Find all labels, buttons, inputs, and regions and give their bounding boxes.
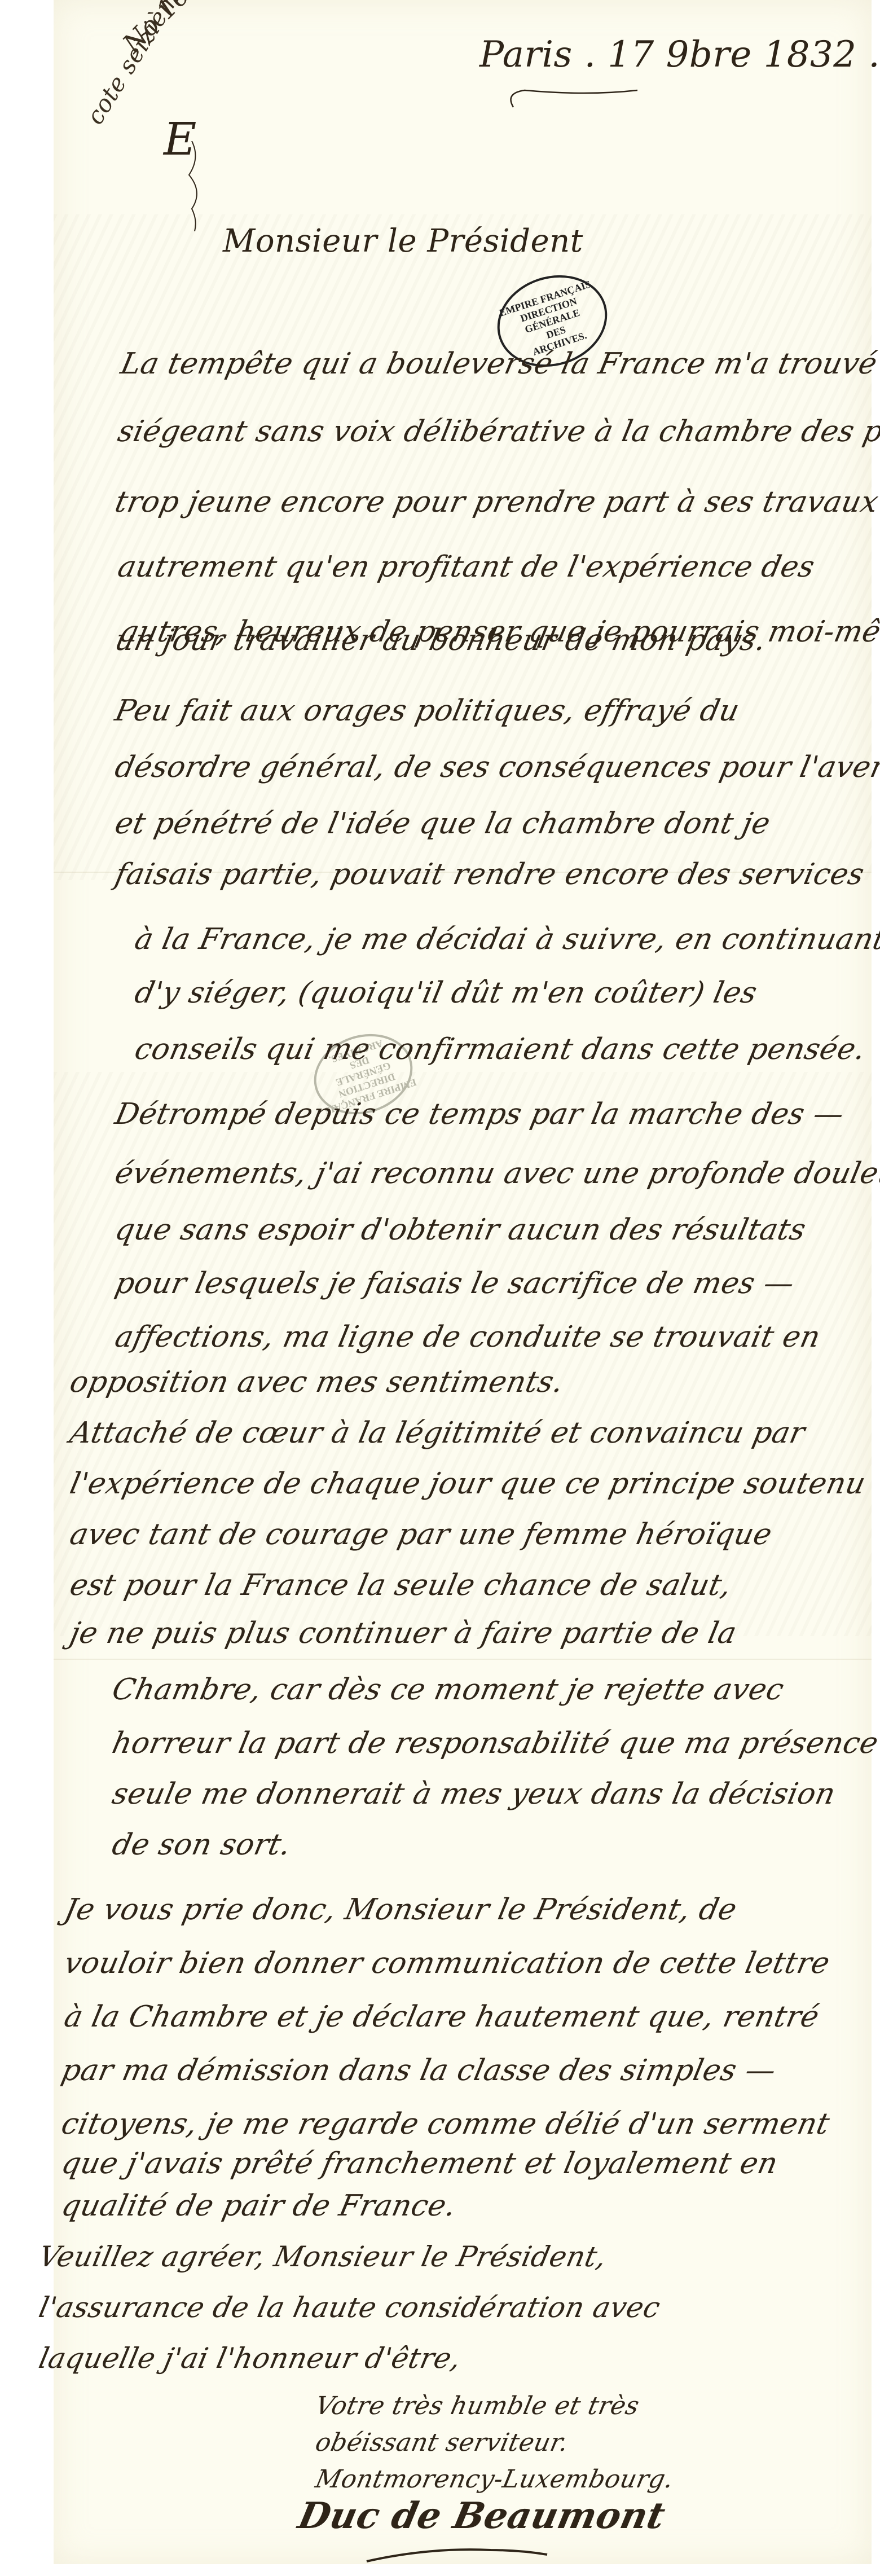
body-line: Détrompé depuis ce temps par la marche d… bbox=[112, 1097, 847, 1131]
body-line: pour lesquels je faisais le sacrifice de… bbox=[112, 1267, 798, 1300]
signature: Duc de Beaumont bbox=[296, 2499, 668, 2533]
signature-block-line: obéissant serviteur. bbox=[313, 2426, 572, 2460]
dateline: Paris . 17 9bre 1832 . bbox=[479, 34, 880, 76]
body-line: seule me donnerait à mes yeux dans la dé… bbox=[109, 1777, 839, 1811]
body-line: un jour travailler au bonheur de mon pay… bbox=[112, 623, 769, 657]
body-line: par ma démission dans la classe des simp… bbox=[59, 2054, 780, 2087]
body-line: que sans espoir d'obtenir aucun des résu… bbox=[112, 1213, 809, 1247]
body-line: trop jeune encore pour prendre part à se… bbox=[112, 485, 880, 519]
body-line: citoyens, je me regarde comme délié d'un… bbox=[59, 2107, 833, 2141]
body-line: que j'avais prêté franchement et loyalem… bbox=[59, 2147, 781, 2181]
body-line: je ne puis plus continuer à faire partie… bbox=[67, 1616, 740, 1650]
body-line: Chambre, car dès ce moment je rejette av… bbox=[109, 1673, 787, 1707]
body-line: à la France, je me décidai à suivre, en … bbox=[132, 922, 880, 956]
signature-block-line: Montmorency-Luxembourg. bbox=[313, 2463, 677, 2496]
closing-line: laquelle j'ai l'honneur d'être, bbox=[36, 2341, 464, 2375]
signature-flourish-icon bbox=[361, 2533, 553, 2567]
body-line: et pénétré de l'idée que la chambre dont… bbox=[112, 807, 773, 841]
salutation: Monsieur le Président bbox=[223, 223, 583, 260]
body-line: vouloir bien donner communication de cet… bbox=[61, 1946, 833, 1980]
body-line: autrement qu'en profitant de l'expérienc… bbox=[115, 550, 818, 584]
body-line: Je vous prie donc, Monsieur le Président… bbox=[61, 1893, 740, 1927]
body-line: à la Chambre et je déclare hautement que… bbox=[61, 2000, 822, 2034]
body-line: qualité de pair de France. bbox=[59, 2189, 459, 2223]
body-line: de son sort. bbox=[109, 1828, 294, 1862]
body-line: faisais partie, pouvait rendre encore de… bbox=[112, 858, 868, 891]
scan-seam bbox=[54, 1659, 872, 1660]
body-line: avec tant de courage par une femme héroï… bbox=[67, 1518, 775, 1551]
body-line: désordre général, de ses conséquences po… bbox=[112, 750, 880, 784]
body-line: événements, j'ai reconnu avec une profon… bbox=[112, 1157, 880, 1190]
signature-block-line: Votre très humble et très bbox=[313, 2389, 643, 2423]
closing-line: Veuillez agréer, Monsieur le Président, bbox=[36, 2240, 610, 2274]
body-line: affections, ma ligne de conduite se trou… bbox=[112, 1320, 824, 1354]
paraph-flourish-icon bbox=[186, 141, 209, 231]
body-line: Peu fait aux orages politiques, effrayé … bbox=[112, 694, 743, 728]
body-line: l'expérience de chaque jour que ce princ… bbox=[67, 1467, 869, 1501]
body-line: La tempête qui a bouleversé la France m'… bbox=[118, 347, 880, 381]
date-underline-flourish-icon bbox=[502, 85, 649, 113]
body-line: siégeant sans voix délibérative à la cha… bbox=[115, 415, 880, 449]
body-line: horreur la part de responsabilité que ma… bbox=[109, 1726, 880, 1760]
body-line: opposition avec mes sentiments. bbox=[67, 1365, 567, 1399]
closing-line: l'assurance de la haute considération av… bbox=[36, 2291, 663, 2324]
body-line: d'y siéger, (quoiqu'il dût m'en coûter) … bbox=[132, 976, 760, 1010]
body-line: conseils qui me confirmaient dans cette … bbox=[132, 1032, 869, 1066]
body-line: est pour la France la seule chance de sa… bbox=[67, 1568, 735, 1602]
body-line: Attaché de cœur à la légitimité et conva… bbox=[67, 1416, 808, 1450]
